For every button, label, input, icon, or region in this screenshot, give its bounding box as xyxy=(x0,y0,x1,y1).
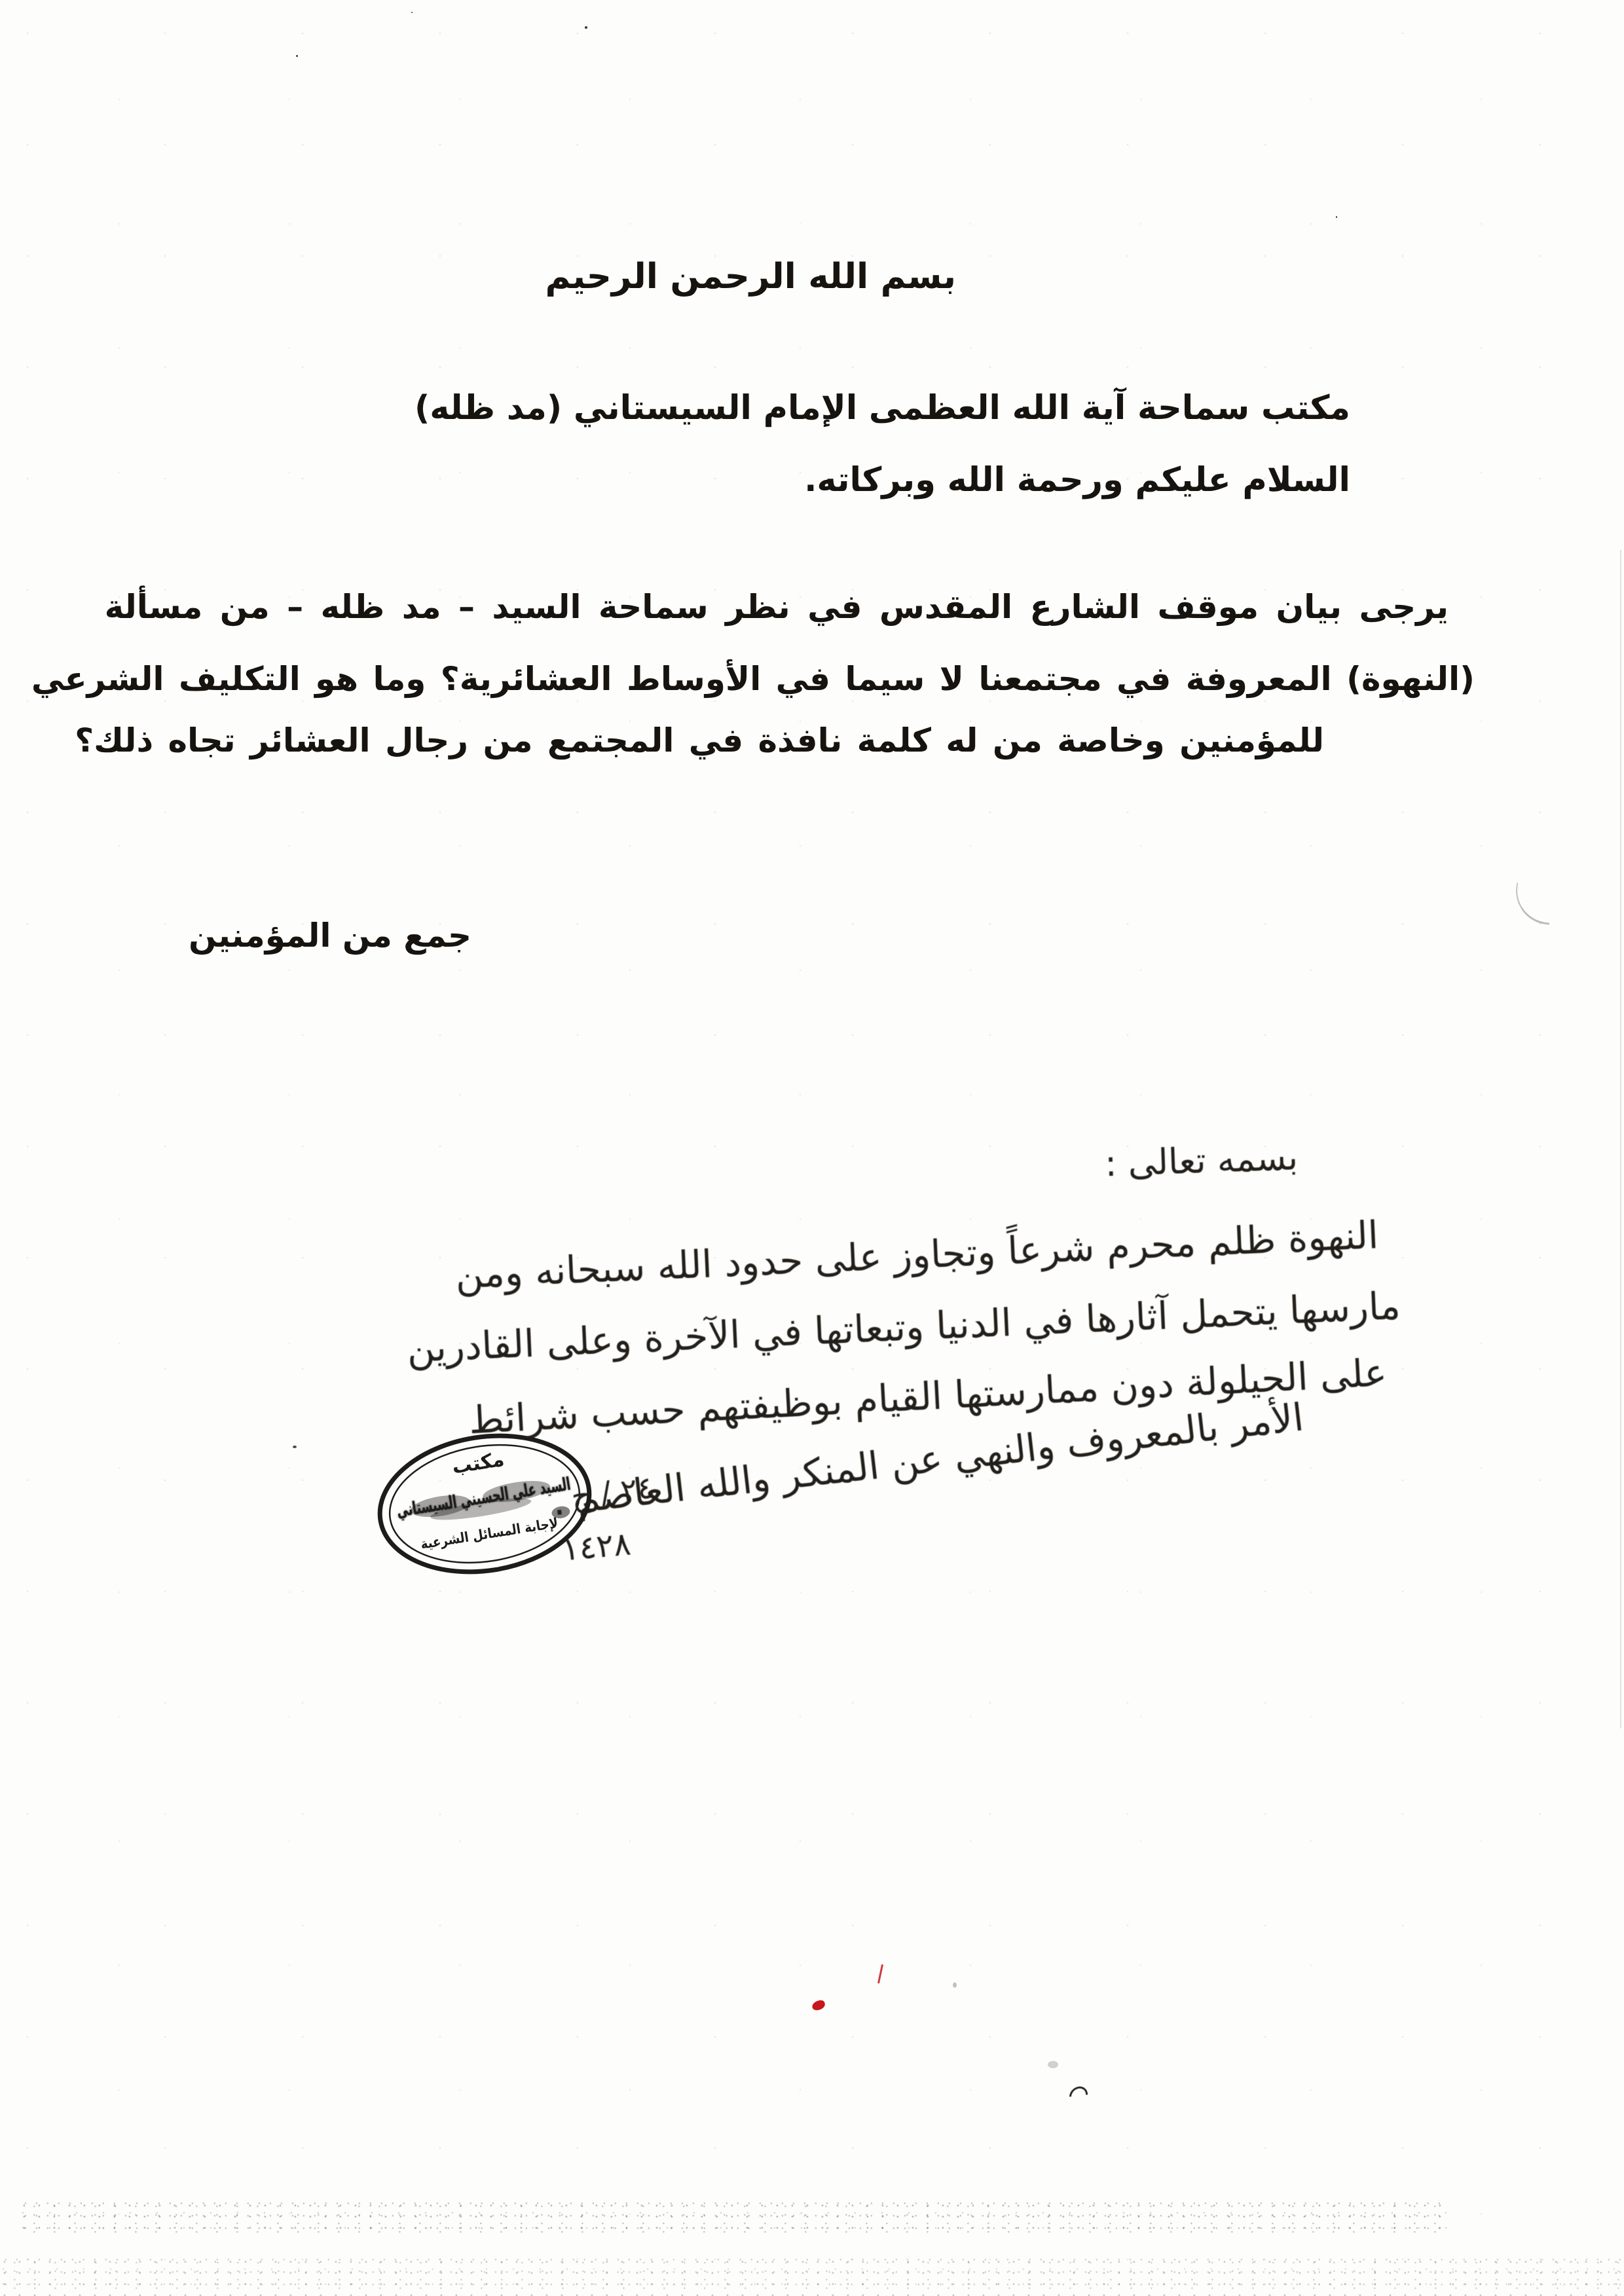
scanned-letter-page: بسم الله الرحمن الرحيم مكتب سماحة آية ال… xyxy=(0,0,1624,2296)
bottom-noise-band-2 xyxy=(0,2257,1624,2296)
date-year: ١٤٢٨ xyxy=(561,1525,633,1569)
gray-smudge-2 xyxy=(953,1982,957,1988)
dust-speck-3 xyxy=(411,12,413,13)
answer-line-1: النهوة ظلم محرم شرعاً وتجاوز على حدود ال… xyxy=(454,1212,1380,1297)
dust-speck-4 xyxy=(1336,216,1337,218)
pen-arc-mark xyxy=(1065,2083,1092,2109)
basmala-text: بسم الله الرحمن الرحيم xyxy=(545,257,957,297)
dust-speck-1 xyxy=(585,26,587,29)
office-header-line: مكتب سماحة آية الله العظمى الإمام السيست… xyxy=(415,389,1350,428)
stamp-text-top: مكتب xyxy=(451,1448,506,1479)
question-line-2: (النهوة) المعروفة في مجتمعنا لا سيما في … xyxy=(31,660,1475,698)
red-ink-speck xyxy=(811,1999,826,2012)
salutation-line: السلام عليكم ورحمة الله وبركاته. xyxy=(804,461,1350,500)
scanner-curve-smudge xyxy=(1511,883,1554,925)
bottom-noise-band-1 xyxy=(20,2201,1447,2235)
question-line-1: يرجى بيان موقف الشارع المقدس في نظر سماح… xyxy=(105,588,1449,626)
gray-smudge-1 xyxy=(1048,2061,1058,2068)
dust-speck-2 xyxy=(296,55,298,57)
scan-edge-line xyxy=(1620,550,1621,1728)
red-ink-thread xyxy=(877,1964,883,1984)
signer-line: جمع من المؤمنين xyxy=(189,917,471,955)
answer-heading: بسمه تعالى : xyxy=(1104,1137,1299,1184)
question-line-3: للمؤمنين وخاصة من له كلمة نافذة في المجت… xyxy=(75,721,1324,759)
dust-speck-5 xyxy=(293,1446,297,1448)
